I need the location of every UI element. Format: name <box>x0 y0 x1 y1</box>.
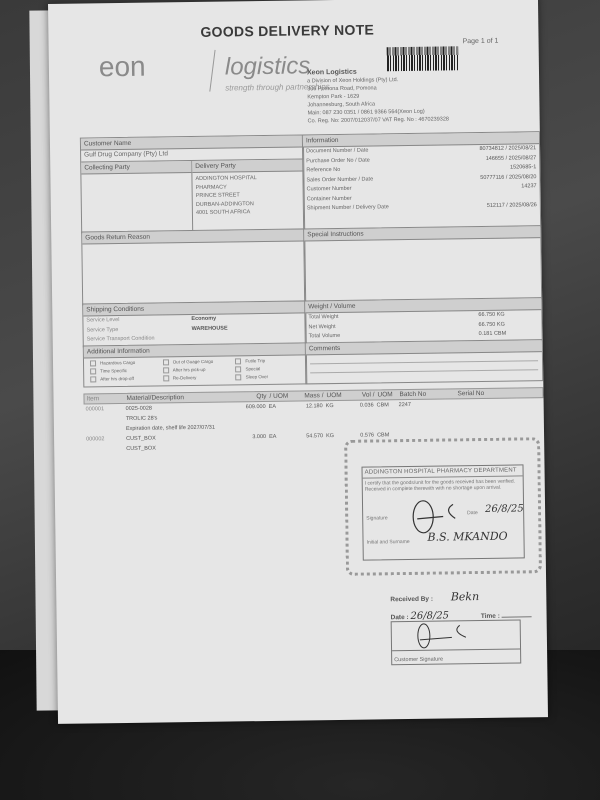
weight-label: Net Weight <box>308 323 335 333</box>
option-checkbox[interactable] <box>235 358 241 364</box>
additional-option: After hrs pick-up <box>159 366 232 373</box>
option-checkbox[interactable] <box>163 375 169 381</box>
goods-return-header: Goods Return Reason <box>82 229 304 244</box>
company-address: Xeon Logistics a Division of Xeon Holdin… <box>307 67 449 125</box>
additional-option: Sleep Over <box>232 373 305 380</box>
company-line: Co. Reg. No: 2007/012037/07 VAT Reg. No … <box>308 115 449 125</box>
info-value: 512117 / 2025/08/26 <box>487 201 537 211</box>
signature-mark <box>412 621 492 652</box>
delivery-line: 4001 SOUTH AFRICA <box>196 207 301 217</box>
customer-signature-label: Customer Signature <box>394 657 443 664</box>
received-by-label: Received By : <box>390 596 433 604</box>
stamp-signature-label: Signature <box>366 515 387 521</box>
option-checkbox[interactable] <box>90 360 96 366</box>
item-mass-uom: KG <box>323 401 348 411</box>
item-material: CUST_BOX <box>126 433 226 444</box>
item-serial <box>457 398 517 409</box>
item-item: 000001 <box>84 404 126 415</box>
weight-number: 66.750 <box>478 321 495 327</box>
column-header: Vol / <box>348 390 374 399</box>
document-title: GOODS DELIVERY NOTE <box>200 21 374 39</box>
weight-label: Total Weight <box>308 313 338 323</box>
additional-option: Hazardous Cargo <box>86 359 159 366</box>
option-label: Futile Trip <box>245 358 265 363</box>
customer-section: Customer Name Gulf Drug Company (Pty) Lt… <box>80 134 305 233</box>
item-mass: 12.180 <box>291 401 323 411</box>
item-description: CUST_BOX <box>84 444 156 455</box>
option-label: After hrs drop-off <box>100 376 134 381</box>
stamp-name-label: Initial and Surname <box>367 539 410 546</box>
weight-unit: KG <box>497 321 505 327</box>
stamp-date: 26/8/25 <box>485 503 524 515</box>
weight-label: Total Volume <box>309 332 341 342</box>
info-label: Sales Order Number / Date <box>306 175 373 185</box>
info-value: 14237 <box>521 182 536 192</box>
item-vol-uom: CBM <box>374 400 399 410</box>
option-label: Re-Delivery <box>173 375 197 380</box>
option-checkbox[interactable] <box>163 367 169 373</box>
shipping-value: WAREHOUSE <box>191 324 227 334</box>
option-label: Out of Guage Cargo <box>173 359 214 365</box>
item-uom: EA <box>266 432 291 442</box>
item-item: 000002 <box>84 434 126 445</box>
option-label: After hrs pick-up <box>173 367 206 372</box>
item-uom: EA <box>266 402 291 412</box>
logo-brand-right: logistics <box>225 52 311 81</box>
weight-number: 66.750 <box>478 312 495 318</box>
additional-option: After hrs drop-off <box>86 375 159 382</box>
option-checkbox[interactable] <box>235 366 241 372</box>
logo-divider <box>209 50 215 92</box>
info-row: Shipment Number / Delivery Date512117 / … <box>304 201 540 214</box>
delivery-note-page: GOODS DELIVERY NOTE Page 1 of 1 eon logi… <box>48 0 548 724</box>
goods-return-section: Goods Return Reason <box>81 228 306 305</box>
additional-option: Out of Guage Cargo <box>159 358 232 365</box>
item-vol: 0.036 <box>348 400 374 410</box>
column-header: UOM <box>374 390 399 399</box>
column-header: Batch No <box>399 389 457 399</box>
special-instructions-section: Special Instructions <box>303 225 542 302</box>
weight-value: 0.181 CBM <box>479 329 539 339</box>
collecting-party: Collecting Party <box>81 161 193 237</box>
column-header: / UOM <box>266 392 291 401</box>
info-value: 1520685-1 <box>510 163 536 173</box>
comments-header: Comments <box>306 340 542 355</box>
option-label: Special <box>245 366 260 371</box>
item-batch: 2247 <box>399 399 457 410</box>
info-label: Purchase Order No / Date <box>306 156 370 166</box>
column-header: Serial No <box>457 388 517 398</box>
option-checkbox[interactable] <box>163 359 169 365</box>
customer-signature-box: Customer Signature <box>391 619 522 665</box>
pharmacy-stamp: ADDINGTON HOSPITAL PHARMACY DEPARTMENT I… <box>344 437 542 576</box>
column-header: Material/Description <box>126 393 226 403</box>
option-checkbox[interactable] <box>236 374 242 380</box>
option-label: Hazardous Cargo <box>100 360 135 365</box>
comments-section: Comments <box>305 339 544 384</box>
signature-mark <box>403 496 484 537</box>
column-header: Qty <box>226 392 266 402</box>
received-by-value: Bekn <box>451 590 480 603</box>
item-material: 0025-0028 <box>126 403 226 414</box>
column-header: UOM <box>323 391 348 400</box>
weight-unit: KG <box>497 312 505 318</box>
item-qty: 609.000 <box>226 402 266 413</box>
collecting-party-header: Collecting Party <box>81 161 191 175</box>
item-mass-uom: KG <box>323 431 348 441</box>
delivery-party: Delivery Party ADDINGTON HOSPITAL PHARMA… <box>192 159 304 235</box>
shipping-value: Economy <box>191 315 216 325</box>
information-section: Information Document Number / Date807348… <box>302 131 541 230</box>
shipping-section: Shipping Conditions Service LevelEconomy… <box>82 300 307 347</box>
info-label: Shipment Number / Delivery Date <box>307 203 389 214</box>
option-label: Time Specific <box>100 368 127 373</box>
form-grid: Customer Name Gulf Drug Company (Pty) Lt… <box>80 131 540 137</box>
additional-option: Re-Delivery <box>159 374 232 381</box>
additional-info-section: Additional Information Hazardous CargoOu… <box>83 342 308 387</box>
special-instructions-header: Special Instructions <box>304 226 540 241</box>
column-header: Mass / <box>291 391 323 400</box>
received-by: Received By : Bekn <box>390 590 479 604</box>
weight-number: 0.181 <box>479 331 493 337</box>
option-checkbox[interactable] <box>90 376 96 382</box>
additional-option: Time Specific <box>86 367 159 374</box>
option-checkbox[interactable] <box>90 368 96 374</box>
weight-unit: CBM <box>494 331 506 337</box>
stamp-text: I certify that the goods/unit for the go… <box>363 476 523 494</box>
item-qty: 3.000 <box>226 432 266 443</box>
weight-volume-section: Weight / Volume Total Weight66.750 KGNet… <box>304 297 543 344</box>
additional-option: Special <box>231 365 304 372</box>
column-header: Item <box>84 394 126 404</box>
option-label: Sleep Over <box>246 374 269 379</box>
logo-brand-left: eon <box>99 51 146 84</box>
additional-option: Futile Trip <box>231 357 304 364</box>
item-mass: 54.570 <box>291 431 323 441</box>
info-label: Reference No <box>306 166 340 176</box>
page-number: Page 1 of 1 <box>463 38 499 45</box>
